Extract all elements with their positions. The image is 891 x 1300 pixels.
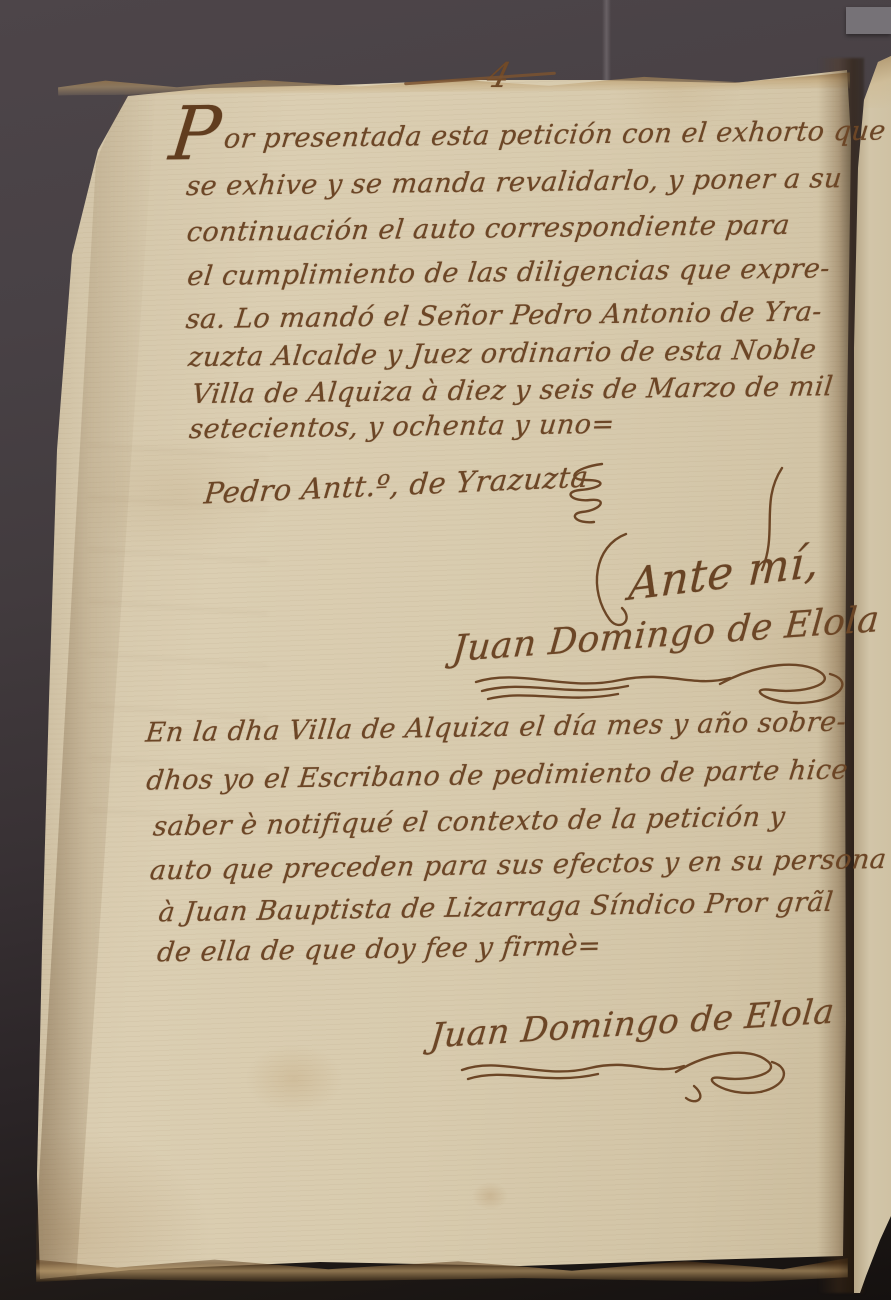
background-seam bbox=[602, 0, 611, 86]
manuscript-line: auto que preceden para sus efectos y en … bbox=[149, 846, 888, 885]
manuscript-line: setecientos, y ochenta y uno= bbox=[188, 411, 616, 443]
manuscript-line: Por presentada esta petición con el exho… bbox=[198, 118, 867, 153]
decree-paragraph: Por presentada esta petición con el exho… bbox=[184, 114, 868, 462]
notification-paragraph: En la dha Villa de Alquiza el día mes y … bbox=[144, 706, 858, 987]
manuscript-line: el cumplimiento de las diligencias que e… bbox=[186, 255, 831, 290]
manuscript-line: sa. Lo mandó el Señor Pedro Antonio de Y… bbox=[185, 298, 824, 333]
manuscript-line: dhos yo el Escribano de pedimiento de pa… bbox=[145, 757, 849, 795]
manuscript-line: se exhive y se manda revalidarlo, y pone… bbox=[185, 165, 844, 200]
manuscript-line: de ella de que doy fee y firmè= bbox=[156, 932, 603, 966]
gray-card bbox=[846, 7, 891, 34]
manuscript-photo: 4 Por presentada esta petición con el ex… bbox=[0, 0, 891, 1300]
manuscript-line: à Juan Bauptista de Lizarraga Síndico Pr… bbox=[157, 889, 835, 927]
manuscript-line: Villa de Alquiza à diez y seis de Marzo … bbox=[190, 373, 834, 408]
manuscript-line: continuación el auto correspondiente par… bbox=[185, 212, 791, 246]
manuscript-line: saber è notifiqué el contexto de la peti… bbox=[152, 804, 787, 841]
manuscript-line: zuzta Alcalde y Juez ordinario de esta N… bbox=[187, 336, 818, 371]
